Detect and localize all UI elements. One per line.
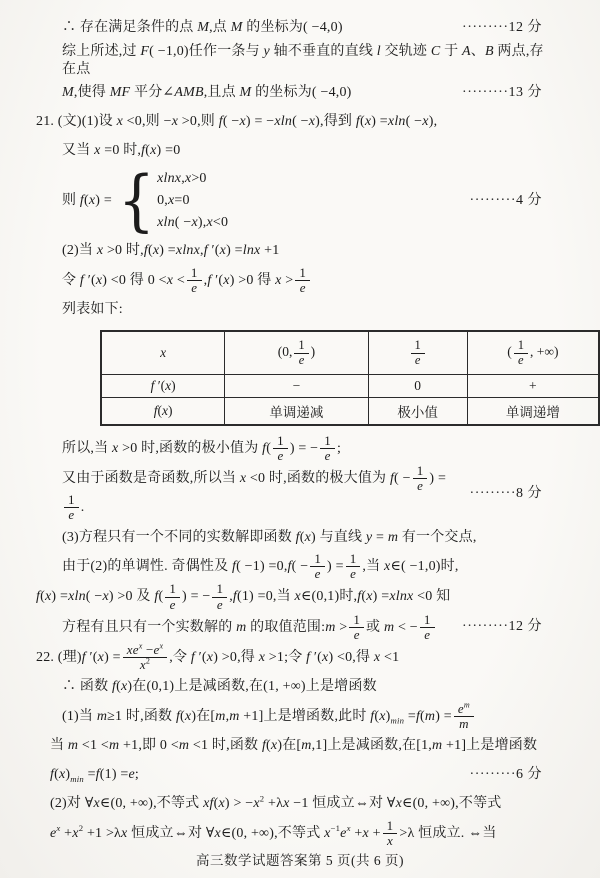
math-variable: lnx xyxy=(243,243,261,258)
math-variable: f xyxy=(416,709,420,724)
math-fraction: emm xyxy=(454,702,474,731)
superscript: x xyxy=(139,641,143,650)
line-content: ∴ 函数 f(x)在(0,1)上是减函数,在(1, +∞)上是增函数 xyxy=(62,678,377,696)
math-variable: f xyxy=(141,143,145,158)
math-variable: xf xyxy=(203,796,214,811)
line-content: 方程有且只有一个实数解的 m 的取值范围:m >1e或 m < −1e xyxy=(62,613,437,642)
math-variable: e xyxy=(68,507,74,522)
math-variable: m xyxy=(432,738,442,753)
math-variable: f xyxy=(390,471,394,486)
math-fraction: 1e xyxy=(64,493,79,522)
math-variable: x xyxy=(139,641,143,650)
math-variable: m xyxy=(384,619,394,634)
score-marker: ·········12 分 xyxy=(452,19,542,37)
math-variable: x xyxy=(159,641,163,650)
math-variable: e xyxy=(417,478,423,493)
superscript: x xyxy=(347,823,351,833)
math-variable: e xyxy=(325,448,331,463)
math-variable: x xyxy=(121,679,127,694)
math-variable: M xyxy=(231,20,243,35)
fraction-numerator: 1 xyxy=(411,339,425,354)
math-variable: f xyxy=(154,403,158,418)
table-cell: (1e, +∞) xyxy=(467,331,599,375)
solution-line: 又由于函数是奇函数,所以当 x <0 时,函数的极大值为 f( −1e) =1e… xyxy=(0,464,600,522)
math-variable: m xyxy=(301,738,311,753)
math-variable: e xyxy=(518,353,524,367)
math-variable: x xyxy=(422,114,428,129)
piecewise-cases: xlnx,x >00,x =0xln( −x),x <0 xyxy=(157,169,228,233)
math-variable: x xyxy=(347,823,351,833)
solution-line: ex +x2 +1 >λx 恒成立⇔对 ∀x∈(0, +∞),不等式 x−1ex… xyxy=(0,819,600,848)
score-marker: ·········8 分 xyxy=(460,485,542,503)
math-variable: m xyxy=(179,738,189,753)
math-variable: f xyxy=(219,114,223,129)
line-content: 则 f(x) ={xlnx,x >00,x =0xln( −x),x <0 xyxy=(62,166,228,236)
math-variable: xe xyxy=(127,642,139,657)
fraction-denominator: e xyxy=(411,354,425,368)
math-variable: xln xyxy=(68,589,86,604)
math-variable: f xyxy=(233,589,237,604)
fraction-numerator: 1 xyxy=(310,552,325,567)
line-content: 列表如下: xyxy=(62,301,123,319)
solution-line: (3)方程只有一个不同的实数解即函数 f(x) 与直线 y = m 有一个交点, xyxy=(0,523,600,551)
fraction-numerator: 1 xyxy=(294,339,308,354)
math-variable: x xyxy=(387,833,393,848)
fraction-numerator: 1 xyxy=(273,434,288,449)
math-fraction: 1e xyxy=(346,552,361,581)
math-variable: f xyxy=(191,649,195,664)
line-content: 所以,当 x >0 时,函数的极小值为 f(1e) = −1e; xyxy=(62,434,341,463)
math-variable: e xyxy=(424,627,430,642)
table-cell: x xyxy=(101,331,225,375)
math-variable: x xyxy=(94,143,100,158)
math-fraction: 1e xyxy=(187,266,202,295)
math-fraction: 1e xyxy=(349,613,364,642)
math-variable: f xyxy=(262,738,266,753)
math-variable: e xyxy=(129,767,135,782)
solution-line: 所以,当 x >0 时,函数的极小值为 f(1e) = −1e; xyxy=(0,434,600,463)
fraction-denominator: e xyxy=(413,479,427,493)
document-body: ∴ 存在满足条件的点 M,点 M 的坐标为( −4,0)·········12 … xyxy=(0,14,600,849)
math-variable: x xyxy=(223,273,229,288)
math-variable: f xyxy=(96,767,100,782)
superscript: 2 xyxy=(79,823,84,833)
math-variable: f xyxy=(204,243,208,258)
fraction-denominator: e xyxy=(273,449,287,463)
fraction-numerator: 1 xyxy=(420,613,435,628)
math-fraction: 1x xyxy=(383,819,398,848)
fraction-denominator: e xyxy=(166,598,180,612)
math-variable: min xyxy=(70,774,84,784)
math-variable: f xyxy=(151,378,155,393)
math-variable: x xyxy=(271,738,277,753)
math-fraction: 1e xyxy=(420,613,435,642)
scanned-answer-page: ∴ 存在满足条件的点 M,点 M 的坐标为( −4,0)·········12 … xyxy=(0,0,600,878)
math-variable: x xyxy=(45,589,51,604)
fraction-denominator: e xyxy=(311,567,325,581)
math-variable: x xyxy=(121,826,127,841)
math-variable: F xyxy=(140,44,149,59)
line-content: ex +x2 +1 >λx 恒成立⇔对 ∀x∈(0, +∞),不等式 x−1ex… xyxy=(50,819,497,848)
fraction-numerator: 1 xyxy=(187,266,202,281)
math-variable: x xyxy=(168,192,174,210)
math-variable: x xyxy=(215,826,221,841)
math-variable: f xyxy=(80,193,84,208)
math-variable: e xyxy=(315,566,321,581)
math-variable: M xyxy=(197,20,209,35)
solution-line: 令 f ′(x) <0 得 0 <x <1e,f ′(x) >0 得 x >1e xyxy=(0,266,600,295)
line-content: 又由于函数是奇函数,所以当 x <0 时,函数的极大值为 f( −1e) =1e… xyxy=(62,464,460,522)
math-variable: e xyxy=(354,627,360,642)
solution-line: (1)当 m≥1 时,函数 f(x)在[m,m +1]上是增函数,此时 f(x)… xyxy=(0,702,600,731)
score-marker: ·········12 分 xyxy=(452,618,542,636)
solution-line: 由于(2)的单调性. 奇偶性及 f( −1) =0,f( −1e) =1e,当 … xyxy=(0,552,600,581)
table-cell: 单调递增 xyxy=(467,398,599,426)
math-variable: m xyxy=(109,738,119,753)
math-variable: x xyxy=(239,114,245,129)
table-row: f(x)单调递减极小值单调递增 xyxy=(101,398,599,426)
line-content: 由于(2)的单调性. 奇偶性及 f( −1) =0,f( −1e) =1e,当 … xyxy=(62,552,459,581)
superscript: −1 xyxy=(331,823,341,833)
fraction-denominator: x2 xyxy=(136,658,154,672)
superscript: x xyxy=(56,823,60,833)
math-variable: x xyxy=(365,114,371,129)
math-variable: x xyxy=(97,243,103,258)
math-variable: m xyxy=(425,709,435,724)
math-variable: M xyxy=(62,85,74,100)
math-variable: x xyxy=(185,709,191,724)
table-cell: 1e xyxy=(368,331,467,375)
math-variable: x xyxy=(305,530,311,545)
math-variable: M xyxy=(240,85,252,100)
table-cell: (0,1e) xyxy=(225,331,368,375)
line-content: 又当 x =0 时,f(x) =0 xyxy=(62,142,180,160)
math-variable: x xyxy=(185,170,191,188)
math-variable: f xyxy=(154,589,158,604)
math-variable: xlnx xyxy=(176,243,200,258)
solution-line: M,使得 MF 平分∠AMB,且点 M 的坐标为( −4,0)·········… xyxy=(0,79,600,107)
fraction-denominator: e xyxy=(514,354,528,368)
table-cell: 0 xyxy=(368,375,467,398)
fraction-denominator: e xyxy=(350,628,364,642)
math-variable: x xyxy=(207,649,213,664)
page-footer: 高三数学试题答案第 5 页(共 6 页) xyxy=(0,849,600,869)
math-variable: C xyxy=(431,44,441,59)
solution-line: 21. (文)(1)设 x <0,则 −x >0,则 f( −x) = −xln… xyxy=(0,108,600,136)
math-variable: x xyxy=(117,114,123,129)
solution-line: 综上所述,过 F( −1,0)任作一条与 y 轴不垂直的直线 l 交轨迹 C 于… xyxy=(0,43,600,78)
table-row: f ′(x)−0+ xyxy=(101,375,599,398)
math-variable: B xyxy=(485,44,494,59)
score-marker: ·········13 分 xyxy=(452,84,542,102)
fraction-numerator: 1 xyxy=(212,582,227,597)
fraction-denominator: e xyxy=(346,567,360,581)
fraction-numerator: 1 xyxy=(514,339,528,354)
math-variable: m xyxy=(325,619,335,634)
math-variable: m xyxy=(388,530,398,545)
line-content: (1)当 m≥1 时,函数 f(x)在[m,m +1]上是增函数,此时 f(x)… xyxy=(62,702,476,731)
math-fraction: 1e xyxy=(165,582,180,611)
math-variable: x xyxy=(165,378,171,393)
line-content: 22. (理)f ′(x) =xex −exx2,令 f ′(x) >0,得 x… xyxy=(36,643,399,672)
math-variable: x xyxy=(379,709,385,724)
math-variable: x xyxy=(283,796,289,811)
solution-line: f(x) =xln( −x) >0 及 f(1e) = −1e,f(1) =0,… xyxy=(0,582,600,611)
math-variable: xlnx xyxy=(389,589,413,604)
math-fraction: 1e xyxy=(310,552,325,581)
math-variable: f xyxy=(288,559,292,574)
math-variable: x xyxy=(366,589,372,604)
math-variable: m xyxy=(97,709,107,724)
fraction-numerator: em xyxy=(454,702,474,717)
table-cell: + xyxy=(467,375,599,398)
math-variable: x xyxy=(93,796,99,811)
math-variable: f xyxy=(50,767,54,782)
monotonicity-table: x(0,1e)1e(1e, +∞)f ′(x)−0+f(x)单调递减极小值单调递… xyxy=(100,330,600,426)
piecewise-case: xlnx,x >0 xyxy=(157,169,228,189)
solution-line: ∴ 存在满足条件的点 M,点 M 的坐标为( −4,0)·········12 … xyxy=(0,14,600,42)
fraction-denominator: e xyxy=(64,508,78,522)
fraction-denominator: e xyxy=(321,449,335,463)
math-variable: xln xyxy=(388,114,406,129)
fraction-numerator: 1 xyxy=(349,613,364,628)
math-variable: xln xyxy=(274,114,292,129)
math-variable: xln xyxy=(157,214,175,232)
line-content: f(x) =xln( −x) >0 及 f(1e) = −1e,f(1) =0,… xyxy=(36,582,450,611)
line-content: (3)方程只有一个不同的实数解即函数 f(x) 与直线 y = m 有一个交点, xyxy=(62,529,477,547)
math-variable: x xyxy=(309,114,315,129)
math-variable: x xyxy=(220,243,226,258)
solution-line: 当 m <1 <m +1,即 0 <m <1 时,函数 f(x)在[m,1]上是… xyxy=(0,732,600,760)
math-variable: x xyxy=(295,589,301,604)
math-variable: f xyxy=(36,589,40,604)
math-variable: x xyxy=(98,649,104,664)
math-variable: f xyxy=(262,441,266,456)
math-fraction: 1e xyxy=(320,434,335,463)
math-fraction: 1e xyxy=(514,339,528,367)
table-cell: − xyxy=(225,375,368,398)
line-content: M,使得 MF 平分∠AMB,且点 M 的坐标为( −4,0) xyxy=(62,84,352,102)
math-variable: x xyxy=(162,403,168,418)
math-variable: xlnx xyxy=(157,170,181,188)
fraction-denominator: e xyxy=(213,598,227,612)
line-content: (2)当 x >0 时,f(x) =xlnx,f ′(x) =lnx +1 xyxy=(62,242,279,260)
line-content: 当 m <1 <m +1,即 0 <m <1 时,函数 f(x)在[m,1]上是… xyxy=(50,737,537,755)
table-cell: 单调递减 xyxy=(225,398,368,426)
math-variable: m xyxy=(229,709,239,724)
superscript: 2 xyxy=(260,793,265,803)
math-variable: x xyxy=(275,273,281,288)
superscript: x xyxy=(159,641,163,650)
math-variable: x xyxy=(396,796,402,811)
math-variable: f xyxy=(232,559,236,574)
superscript: 2 xyxy=(146,656,150,665)
math-variable: x xyxy=(172,114,178,129)
line-content: 综上所述,过 F( −1,0)任作一条与 y 轴不垂直的直线 l 交轨迹 C 于… xyxy=(62,43,556,78)
math-variable: e xyxy=(299,353,305,367)
solution-line: (2)对 ∀x∈(0, +∞),不等式 xf(x) > −x2 +λx −1 恒… xyxy=(0,790,600,818)
math-variable: f xyxy=(370,709,374,724)
math-variable: x xyxy=(218,796,224,811)
math-variable: x xyxy=(56,823,60,833)
fraction-numerator: 1 xyxy=(165,582,180,597)
table-cell: f(x) xyxy=(101,398,225,426)
math-variable: m xyxy=(68,738,78,753)
math-fraction: 1e xyxy=(212,582,227,611)
table-row: x(0,1e)1e(1e, +∞) xyxy=(101,331,599,375)
math-variable: x xyxy=(362,826,368,841)
math-variable: f xyxy=(207,273,211,288)
piecewise-case: 0,x =0 xyxy=(157,191,228,211)
math-variable: x xyxy=(259,649,265,664)
line-content: 21. (文)(1)设 x <0,则 −x >0,则 f( −x) = −xln… xyxy=(36,113,437,131)
table-cell: 极小值 xyxy=(368,398,467,426)
math-variable: x xyxy=(150,143,156,158)
solution-line: ∴ 函数 f(x)在(0,1)上是减函数,在(1, +∞)上是增函数 xyxy=(0,673,600,701)
fraction-denominator: e xyxy=(187,281,201,295)
subscript: min xyxy=(70,774,84,784)
math-variable: e xyxy=(191,280,197,295)
solution-line: 列表如下: xyxy=(0,296,600,324)
math-variable: f xyxy=(112,679,116,694)
solution-line: 则 f(x) ={xlnx,x >00,x =0xln( −x),x <0···… xyxy=(0,166,600,236)
math-variable: f xyxy=(80,273,84,288)
math-variable: f xyxy=(296,530,300,545)
fraction-denominator: e xyxy=(295,354,309,368)
line-content: (2)对 ∀x∈(0, +∞),不等式 xf(x) > −x2 +λx −1 恒… xyxy=(50,795,501,813)
fraction-numerator: 1 xyxy=(346,552,361,567)
math-variable: m xyxy=(215,709,225,724)
table-cell: f ′(x) xyxy=(101,375,225,398)
score-marker: ·········6 分 xyxy=(460,766,542,784)
math-variable: f xyxy=(356,114,360,129)
math-variable: MF xyxy=(110,85,131,100)
math-variable: m xyxy=(236,619,246,634)
fraction-numerator: 1 xyxy=(413,464,428,479)
fraction-denominator: e xyxy=(296,281,310,295)
math-fraction: 1e xyxy=(295,266,310,295)
math-variable: y xyxy=(366,530,372,545)
math-variable: m xyxy=(464,700,470,709)
fraction-denominator: x xyxy=(383,834,397,848)
fraction-denominator: m xyxy=(455,717,473,731)
math-variable: e xyxy=(415,353,421,367)
math-variable: e xyxy=(300,280,306,295)
math-variable: f xyxy=(176,709,180,724)
math-variable: x xyxy=(374,649,380,664)
solution-line: f(x)min =f(1) =e;·········6 分 xyxy=(0,761,600,789)
math-fraction: xex −exx2 xyxy=(123,643,168,672)
solution-line: (2)当 x >0 时,f(x) =xlnx,f ′(x) =lnx +1 xyxy=(0,237,600,265)
math-variable: x xyxy=(112,441,118,456)
math-variable: AMB xyxy=(174,85,203,100)
math-fraction: 1e xyxy=(413,464,428,493)
math-fraction: 1e xyxy=(294,339,308,367)
solution-line: 又当 x =0 时,f(x) =0 xyxy=(0,137,600,165)
math-variable: x xyxy=(89,193,95,208)
math-variable: x xyxy=(102,589,108,604)
math-variable: l xyxy=(377,44,381,59)
line-content: 令 f ′(x) <0 得 0 <x <1e,f ′(x) >0 得 x >1e xyxy=(62,266,312,295)
math-variable: e xyxy=(350,566,356,581)
fraction-numerator: 1 xyxy=(320,434,335,449)
solution-line: 22. (理)f ′(x) =xex −exx2,令 f ′(x) >0,得 x… xyxy=(0,643,600,672)
subscript: min xyxy=(391,715,405,725)
math-fraction: 1e xyxy=(273,434,288,463)
math-fraction: 1e xyxy=(411,339,425,367)
math-variable: x xyxy=(191,214,197,232)
line-content: ∴ 存在满足条件的点 M,点 M 的坐标为( −4,0) xyxy=(62,19,343,37)
line-content: f(x)min =f(1) =e; xyxy=(50,766,139,784)
math-variable: x xyxy=(240,471,246,486)
fraction-numerator: 1 xyxy=(295,266,310,281)
math-variable: x xyxy=(96,273,102,288)
score-marker: ·········4 分 xyxy=(460,192,542,210)
math-variable: x xyxy=(384,559,390,574)
math-variable: x xyxy=(206,214,212,232)
cases-intro: 则 f(x) = xyxy=(62,192,112,210)
math-variable: y xyxy=(264,44,270,59)
math-variable: e xyxy=(217,597,223,612)
math-variable: e xyxy=(170,597,176,612)
math-variable: f xyxy=(144,243,148,258)
fraction-numerator: 1 xyxy=(64,493,79,508)
math-variable: min xyxy=(391,715,405,725)
math-variable: x xyxy=(59,767,65,782)
math-variable: A xyxy=(462,44,471,59)
solution-line: 方程有且只有一个实数解的 m 的取值范围:m >1e或 m < −1e·····… xyxy=(0,613,600,642)
math-variable: m xyxy=(459,716,469,731)
math-variable: f xyxy=(357,589,361,604)
fraction-denominator: e xyxy=(420,628,434,642)
math-variable: e xyxy=(277,448,283,463)
fraction-numerator: 1 xyxy=(383,819,398,834)
math-variable: x xyxy=(153,243,159,258)
math-variable: x xyxy=(322,649,328,664)
math-variable: f xyxy=(82,649,86,664)
superscript: m xyxy=(464,700,470,709)
math-variable: f xyxy=(306,649,310,664)
math-variable: x xyxy=(167,273,173,288)
math-variable: x xyxy=(160,345,166,360)
left-brace-glyph: { xyxy=(118,173,155,230)
piecewise-case: xln( −x),x <0 xyxy=(157,213,228,233)
